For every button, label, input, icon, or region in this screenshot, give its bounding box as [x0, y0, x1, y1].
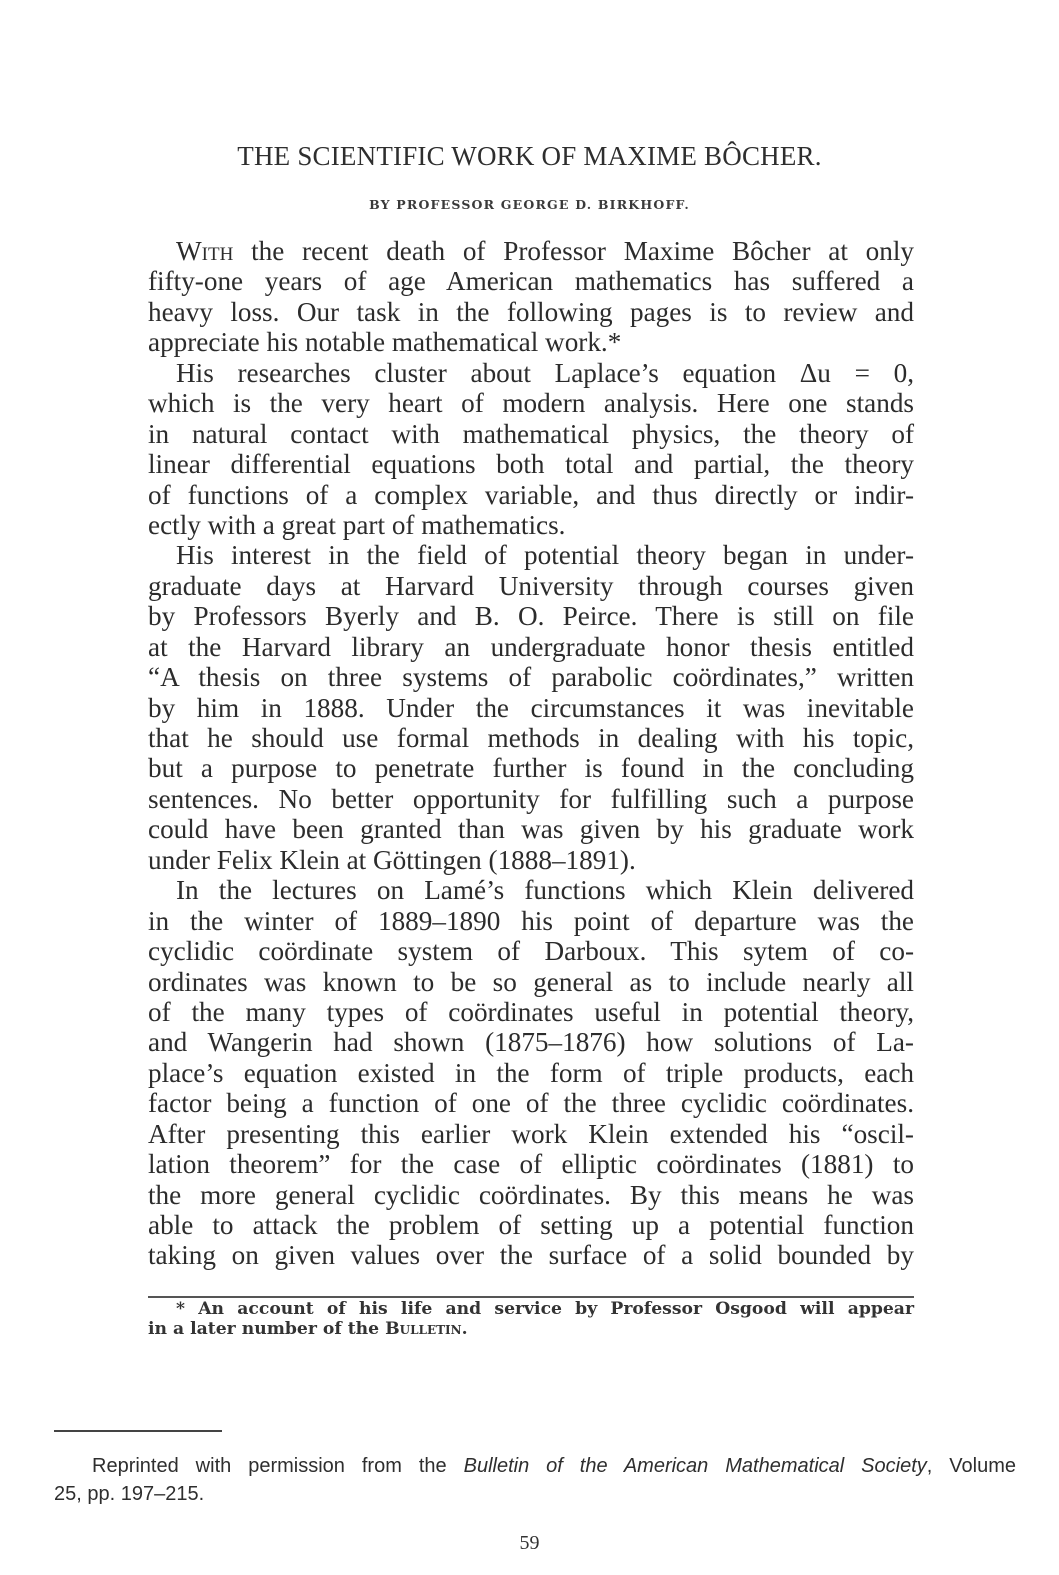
article-body: With the recent death of Professor Maxim…	[148, 236, 914, 1271]
text-line: lation theorem” for the case of elliptic…	[148, 1149, 914, 1179]
reprint-divider	[54, 1430, 222, 1432]
text-line: which is the very heart of modern analys…	[148, 388, 914, 418]
text-line: by him in 1888. Under the circumstances …	[148, 693, 914, 723]
text-line: in the winter of 1889–1890 his point of …	[148, 906, 914, 936]
text-line: of the many types of coördinates useful …	[148, 997, 914, 1027]
journal-title: Bulletin of the American Mathematical So…	[464, 1455, 927, 1477]
page-number: 59	[0, 1532, 1059, 1555]
drop-word: With	[176, 236, 233, 266]
text-line: heavy loss. Our task in the following pa…	[148, 297, 914, 327]
text-line: ordinates was known to be so general as …	[148, 967, 914, 997]
author-byline: BY PROFESSOR GEORGE D. BIRKHOFF.	[0, 197, 1059, 212]
text-line: graduate days at Harvard University thro…	[148, 571, 914, 601]
text-line: cyclidic coördinate system of Darboux. T…	[148, 936, 914, 966]
text-line: His researches cluster about Laplace’s e…	[148, 358, 914, 388]
text-line: the more general cyclidic coördinates. B…	[148, 1180, 914, 1210]
text-line: place’s equation existed in the form of …	[148, 1058, 914, 1088]
footnote-line: * An account of his life and service by …	[148, 1299, 914, 1319]
text-line: With the recent death of Professor Maxim…	[148, 236, 914, 266]
reprint-line: Reprinted with permission from the Bulle…	[54, 1452, 1016, 1480]
text-line: factor being a function of one of the th…	[148, 1088, 914, 1118]
text-line: but a purpose to penetrate further is fo…	[148, 753, 914, 783]
footnote: * An account of his life and service by …	[148, 1299, 914, 1339]
text-line: could have been granted than was given b…	[148, 814, 914, 844]
text-line: “A thesis on three systems of parabolic …	[148, 662, 914, 692]
text-line: taking on given values over the surface …	[148, 1240, 914, 1270]
text-line: in natural contact with mathematical phy…	[148, 419, 914, 449]
text-line: linear differential equations both total…	[148, 449, 914, 479]
text-line: fifty-one years of age American mathemat…	[148, 266, 914, 296]
text-line: ectly with a great part of mathematics.	[148, 510, 914, 540]
text-line: of functions of a complex variable, and …	[148, 480, 914, 510]
reprint-line: 25, pp. 197–215.	[54, 1480, 1016, 1508]
reprint-note: Reprinted with permission from the Bulle…	[54, 1452, 1016, 1508]
text-line: able to attack the problem of setting up…	[148, 1210, 914, 1240]
text-line: sentences. No better opportunity for ful…	[148, 784, 914, 814]
text-line: at the Harvard library an undergraduate …	[148, 632, 914, 662]
journal-name: Bulletin	[385, 1319, 462, 1339]
text-line: under Felix Klein at Göttingen (1888–189…	[148, 845, 914, 875]
footnote-line: in a later number of the Bulletin.	[148, 1319, 914, 1339]
text-line: by Professors Byerly and B. O. Peirce. T…	[148, 601, 914, 631]
text-line: appreciate his notable mathematical work…	[148, 327, 914, 357]
text-line: and Wangerin had shown (1875–1876) how s…	[148, 1027, 914, 1057]
text-line: that he should use formal methods in dea…	[148, 723, 914, 753]
text-line: After presenting this earlier work Klein…	[148, 1119, 914, 1149]
text-line: In the lectures on Lamé’s functions whic…	[148, 875, 914, 905]
footnote-divider	[148, 1296, 914, 1298]
text-line: His interest in the field of potential t…	[148, 540, 914, 570]
page-title: THE SCIENTIFIC WORK OF MAXIME BÔCHER.	[0, 141, 1059, 172]
